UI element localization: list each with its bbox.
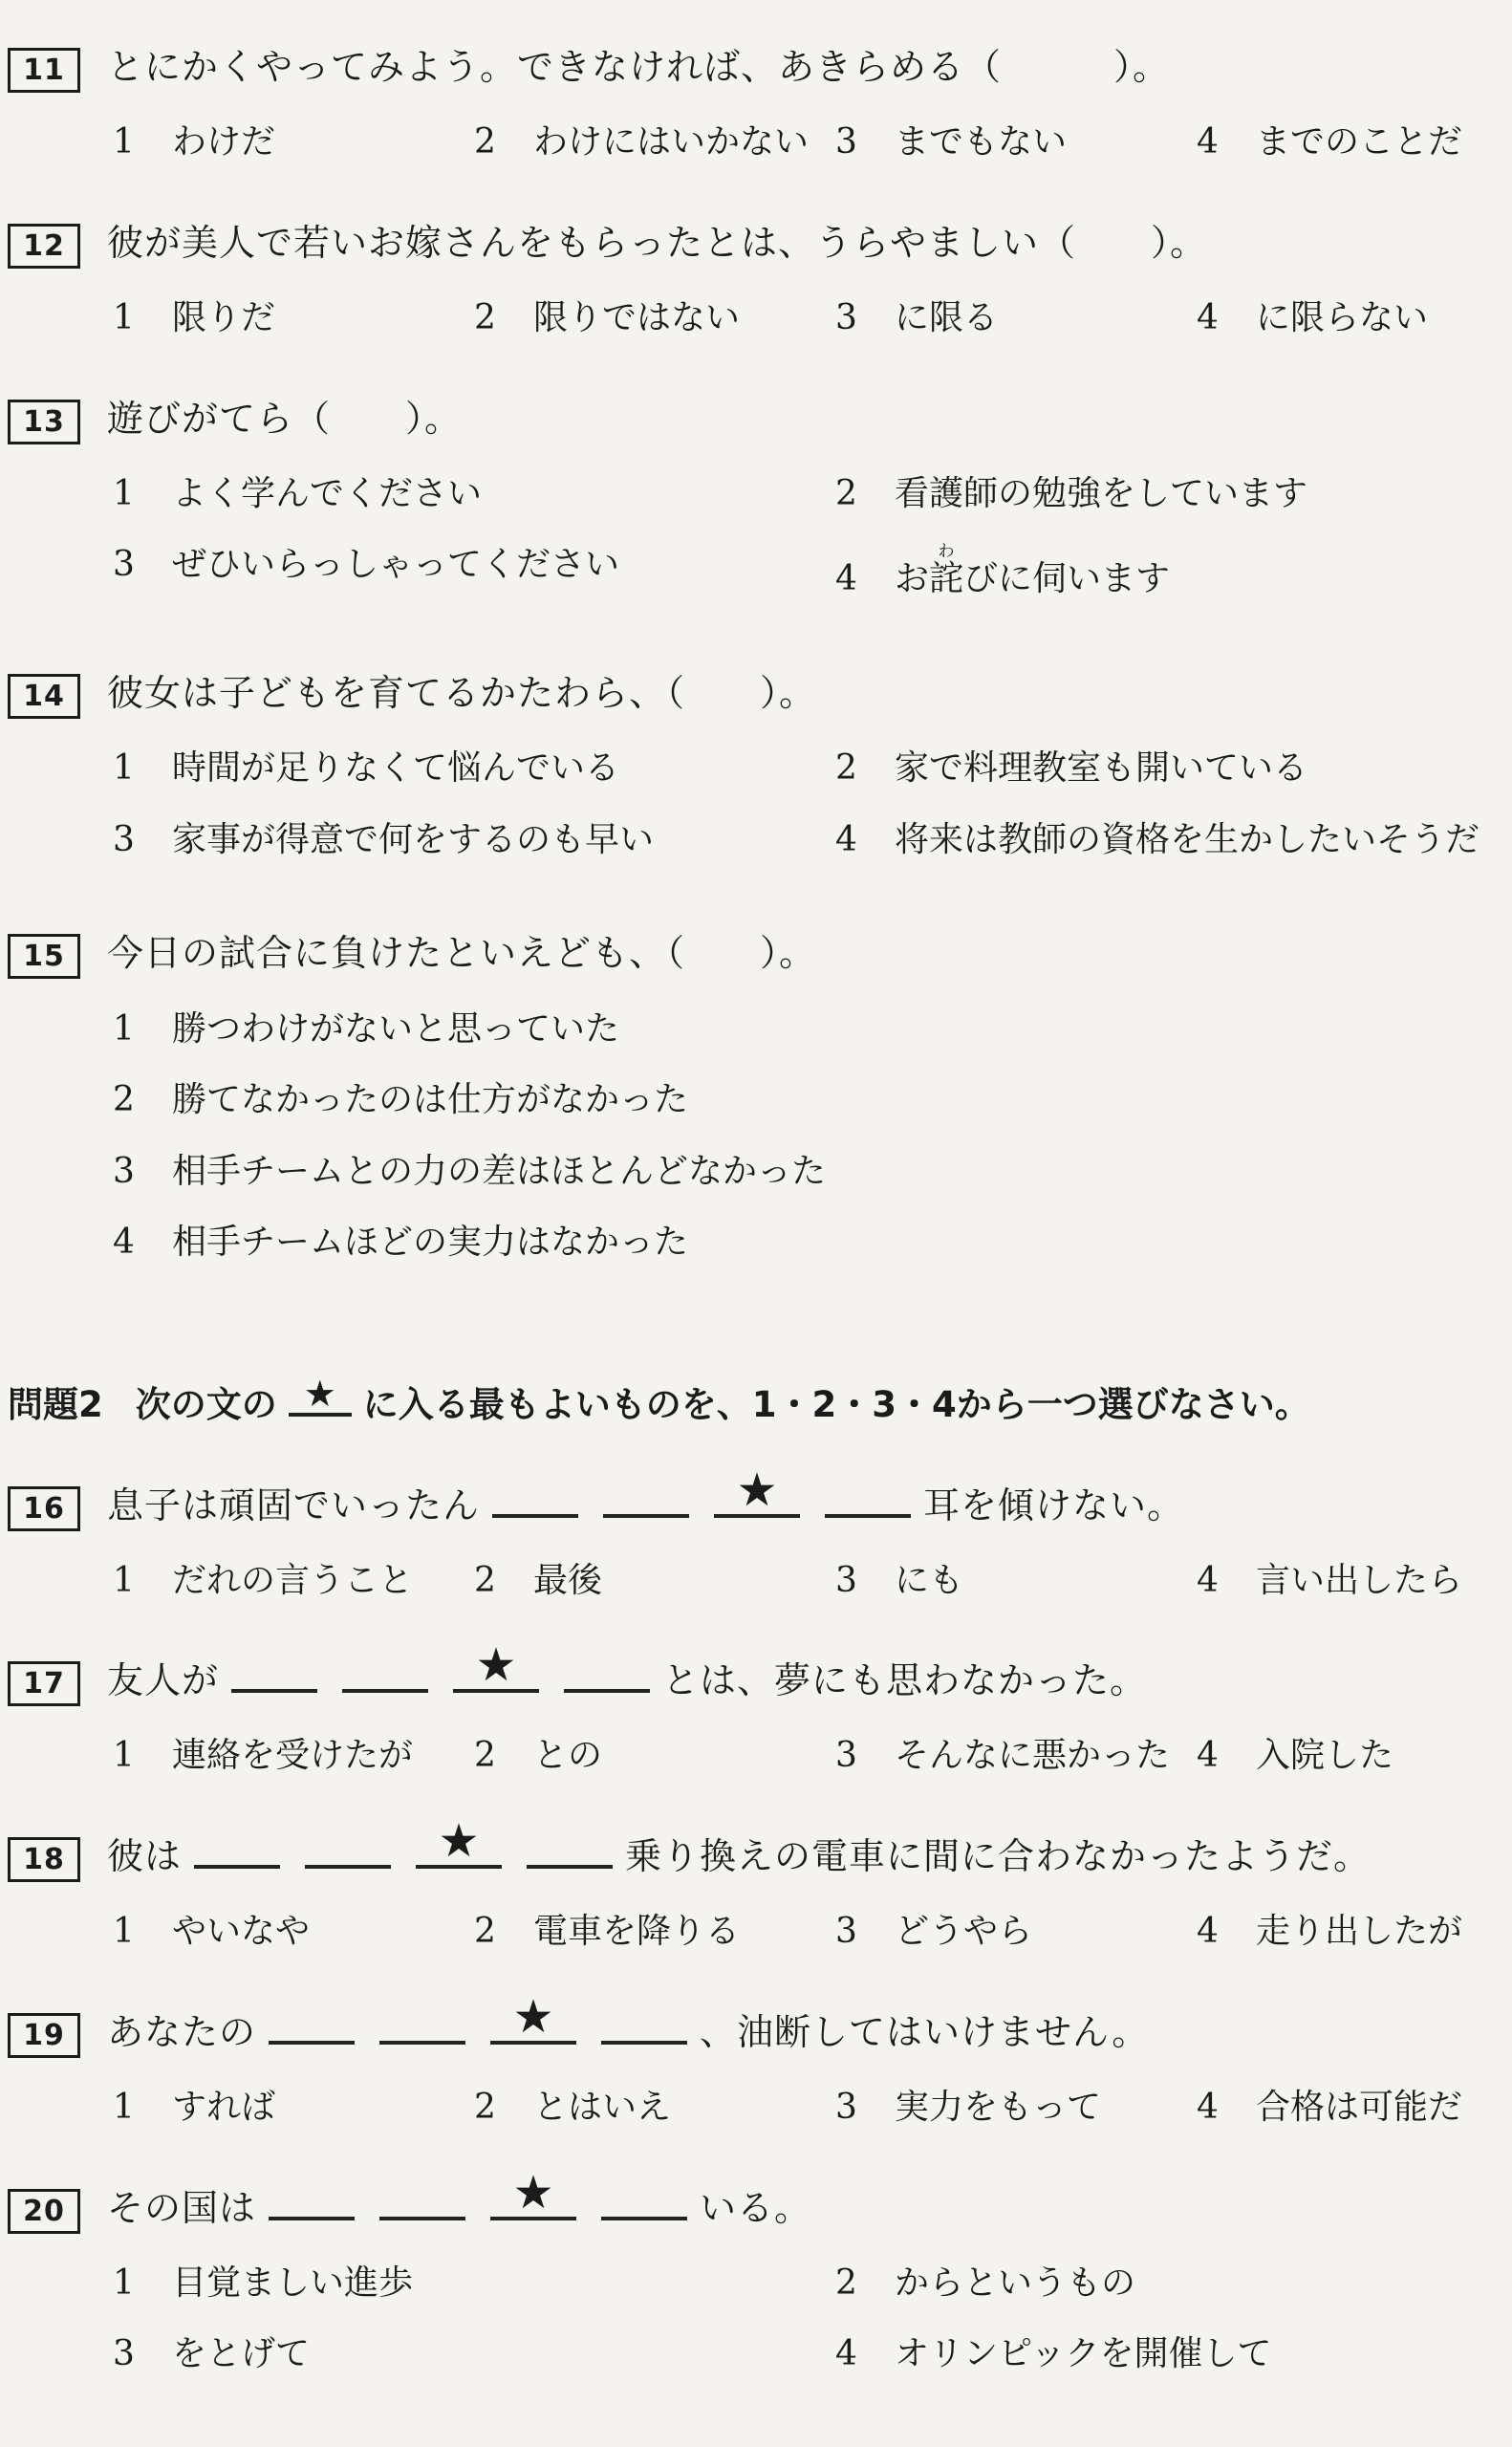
blank-line-1 — [194, 1855, 280, 1869]
option-16-4: 4言い出したら — [1197, 1558, 1495, 1605]
question-prompt-line: 17友人が★とは、夢にも思わなかった。 — [8, 1656, 1495, 1706]
option-text: をとげて — [172, 2334, 310, 2373]
option-text: に限らない — [1256, 298, 1428, 337]
question-prompt-line: 18彼は★乗り換えの電車に間に合わなかったようだ。 — [8, 1831, 1495, 1882]
option-number: 3 — [113, 542, 172, 589]
option-text: までもない — [895, 122, 1067, 162]
option-16-1: 1だれの言うこと — [113, 1558, 474, 1605]
question-number-box: 15 — [8, 934, 80, 979]
option-number: 2 — [474, 1909, 533, 1956]
option-text: にも — [895, 1561, 963, 1600]
option-number: 1 — [113, 1007, 172, 1053]
option-text: 合格は可能だ — [1256, 2088, 1462, 2127]
prompt-text: 遊びがてら（ ）。 — [107, 398, 462, 440]
option-17-3: 3そんなに悪かった — [835, 1733, 1197, 1780]
options: 1わけだ2わけにはいかない3までもない4までのことだ — [8, 119, 1495, 166]
option-15-1: 1勝つわけがないと思っていた — [113, 1007, 1495, 1053]
option-number: 1 — [113, 295, 172, 342]
option-number: 3 — [113, 2331, 172, 2378]
option-19-4: 4合格は可能だ — [1197, 2085, 1495, 2132]
blank-line-4 — [601, 2031, 687, 2045]
option-20-4: 4オリンピックを開催して — [835, 2331, 1495, 2378]
option-text: わけだ — [172, 122, 275, 162]
prompt-post: 、油断してはいけません。 — [700, 2011, 1149, 2053]
options: 1だれの言うこと2最後3にも4言い出したら — [8, 1558, 1495, 1605]
option-number: 4 — [1197, 295, 1256, 342]
question-number: 18 — [23, 1843, 65, 1876]
question-number-box: 19 — [8, 2013, 80, 2058]
blank-line-1 — [492, 1505, 578, 1518]
option-20-2: 2からというもの — [835, 2261, 1495, 2307]
option-text: 連絡を受けたが — [172, 1736, 413, 1775]
blank-line-4 — [527, 1855, 613, 1869]
option-11-3: 3までもない — [835, 119, 1197, 166]
option-12-1: 1限りだ — [113, 295, 474, 342]
blank-line-2 — [603, 1505, 689, 1518]
option-text: 言い出したら — [1256, 1561, 1462, 1600]
option-text: とはいえ — [533, 2088, 671, 2127]
option-text: そんなに悪かった — [895, 1736, 1170, 1775]
question-prompt-line: 19あなたの★、油断してはいけません。 — [8, 2007, 1495, 2058]
option-12-2: 2限りではない — [474, 295, 835, 342]
option-text: からというもの — [895, 2263, 1135, 2303]
question-number: 12 — [23, 229, 65, 263]
blank-line-4 — [825, 1505, 911, 1518]
prompt-post: とは、夢にも思わなかった。 — [662, 1659, 1147, 1701]
option-14-2: 2家で料理教室も開いている — [835, 746, 1495, 792]
prompt-text: 彼が美人で若いお嫁さんをもらったとは、うらやましい（ ）。 — [107, 222, 1207, 264]
question-prompt-line: 20その国は★いる。 — [8, 2183, 1495, 2234]
option-13-4: 4お詫わびに伺います — [835, 542, 1495, 603]
option-text: 看護師の勉強をしています — [895, 474, 1307, 513]
option-17-1: 1連絡を受けたが — [113, 1733, 474, 1780]
part2-header: 問題2次の文の★に入る最もよいものを、1・2・3・4から一つ選びなさい。 — [8, 1379, 1495, 1431]
options: 1限りだ2限りではない3に限る4に限らない — [8, 295, 1495, 342]
star-icon: ★ — [737, 1467, 778, 1513]
blank-line-1 — [269, 2031, 355, 2045]
question-number: 14 — [23, 680, 65, 713]
blank-line-4 — [564, 1679, 650, 1693]
option-text: ぜひいらっしゃってください — [172, 545, 619, 584]
option-19-3: 3実力をもって — [835, 2085, 1197, 2132]
question-20: 20その国は★いる。1目覚ましい進歩2からというもの3をとげて4オリンピックを開… — [8, 2183, 1495, 2378]
blank-line-2 — [379, 2031, 465, 2045]
question-18: 18彼は★乗り換えの電車に間に合わなかったようだ。1やいなや2電車を降りる3どう… — [8, 1831, 1495, 1956]
prompt-pre: その国は — [107, 2187, 256, 2229]
option-text: よく学んでください — [172, 474, 482, 513]
option-number: 2 — [835, 746, 895, 792]
option-11-2: 2わけにはいかない — [474, 119, 835, 166]
option-text: に限る — [895, 298, 998, 337]
option-15-4: 4相手チームほどの実力はなかった — [113, 1220, 1495, 1267]
question-16: 16息子は頑固でいったん★耳を傾けない。1だれの言うこと2最後3にも4言い出した… — [8, 1481, 1495, 1605]
blank-line-3: ★ — [453, 1679, 539, 1693]
star-blank: ★ — [289, 1403, 352, 1417]
prompt-text: とにかくやってみよう。できなければ、あきらめる（ ）。 — [107, 46, 1170, 88]
option-number: 2 — [474, 295, 533, 342]
option-18-3: 3どうやら — [835, 1909, 1197, 1956]
blank-line-3: ★ — [490, 2031, 576, 2045]
option-14-4: 4将来は教師の資格を生かしたいそうだ — [835, 817, 1495, 864]
option-number: 1 — [113, 1909, 172, 1956]
option-15-3: 3相手チームとの力の差はほとんどなかった — [113, 1149, 1495, 1196]
option-text: との — [533, 1736, 602, 1775]
option-number: 1 — [113, 2085, 172, 2132]
question-list: 11とにかくやってみよう。できなければ、あきらめる（ ）。1わけだ2わけにはいか… — [8, 42, 1495, 2378]
question-prompt-line: 14彼女は子どもを育てるかたわら、（ ）。 — [8, 668, 1495, 719]
option-18-2: 2電車を降りる — [474, 1909, 835, 1956]
option-14-3: 3家事が得意で何をするのも早い — [113, 817, 835, 864]
option-number: 1 — [113, 1558, 172, 1605]
option-text: 走り出したが — [1256, 1912, 1462, 1951]
options: 1すれば2とはいえ3実力をもって4合格は可能だ — [8, 2085, 1495, 2132]
option-number: 4 — [835, 556, 895, 603]
option-text: お詫わびに伺います — [895, 559, 1170, 598]
option-number: 4 — [835, 817, 895, 864]
option-18-4: 4走り出したが — [1197, 1909, 1495, 1956]
question-14: 14彼女は子どもを育てるかたわら、（ ）。1時間が足りなくて悩んでいる2家で料理… — [8, 668, 1495, 863]
option-text: すれば — [172, 2088, 275, 2127]
option-20-1: 1目覚ましい進歩 — [113, 2261, 835, 2307]
option-16-2: 2最後 — [474, 1558, 835, 1605]
option-number: 4 — [1197, 2085, 1256, 2132]
question-prompt-line: 12彼が美人で若いお嫁さんをもらったとは、うらやましい（ ）。 — [8, 218, 1495, 269]
question-15: 15今日の試合に負けたといえども、（ ）。1勝つわけがないと思っていた2勝てなか… — [8, 928, 1495, 1267]
star-icon: ★ — [513, 1994, 554, 2040]
question-number: 19 — [23, 2019, 65, 2052]
option-text: 限りではない — [533, 298, 740, 337]
option-number: 3 — [835, 1733, 895, 1780]
option-number: 4 — [1197, 1909, 1256, 1956]
star-icon: ★ — [476, 1642, 517, 1688]
option-number: 3 — [835, 1558, 895, 1605]
option-text: どうやら — [895, 1912, 1032, 1951]
question-17: 17友人が★とは、夢にも思わなかった。1連絡を受けたが2との3そんなに悪かった4… — [8, 1656, 1495, 1780]
options: 1時間が足りなくて悩んでいる2家で料理教室も開いている3家事が得意で何をするのも… — [8, 746, 1495, 863]
part2-instruction-post: に入る最もよいものを、1・2・3・4から一つ選びなさい。 — [363, 1384, 1310, 1425]
options: 1よく学んでください2看護師の勉強をしています3ぜひいらっしゃってください4お詫… — [8, 471, 1495, 603]
option-20-3: 3をとげて — [113, 2331, 835, 2378]
question-19: 19あなたの★、油断してはいけません。1すれば2とはいえ3実力をもって4合格は可… — [8, 2007, 1495, 2132]
question-13: 13遊びがてら（ ）。1よく学んでください2看護師の勉強をしています3ぜひいらっ… — [8, 394, 1495, 603]
option-text: わけにはいかない — [533, 122, 809, 162]
question-number: 17 — [23, 1667, 65, 1700]
options: 1勝つわけがないと思っていた2勝てなかったのは仕方がなかった3相手チームとの力の… — [8, 1007, 1495, 1267]
option-number: 4 — [1197, 1558, 1256, 1605]
option-text: 相手チームとの力の差はほとんどなかった — [172, 1152, 826, 1191]
blank-line-2 — [342, 1679, 428, 1693]
question-number-box: 11 — [8, 48, 80, 93]
prompt-text: 今日の試合に負けたといえども、（ ）。 — [107, 932, 816, 974]
question-number-box: 13 — [8, 400, 80, 444]
question-number-box: 16 — [8, 1486, 80, 1531]
star-icon: ★ — [304, 1375, 336, 1412]
option-13-2: 2看護師の勉強をしています — [835, 471, 1495, 518]
option-text: までのことだ — [1256, 122, 1462, 162]
option-number: 3 — [113, 817, 172, 864]
option-text: 家事が得意で何をするのも早い — [172, 820, 654, 859]
option-text: 相手チームほどの実力はなかった — [172, 1223, 688, 1262]
question-11: 11とにかくやってみよう。できなければ、あきらめる（ ）。1わけだ2わけにはいか… — [8, 42, 1495, 166]
prompt-pre: あなたの — [107, 2011, 256, 2053]
option-18-1: 1やいなや — [113, 1909, 474, 1956]
option-text: やいなや — [172, 1912, 310, 1951]
option-17-4: 4入院した — [1197, 1733, 1495, 1780]
option-number: 2 — [113, 1077, 172, 1124]
blank-line-4 — [601, 2207, 687, 2220]
prompt-text: 彼女は子どもを育てるかたわら、（ ）。 — [107, 672, 816, 714]
question-prompt-line: 16息子は頑固でいったん★耳を傾けない。 — [8, 1481, 1495, 1531]
prompt-post: 耳を傾けない。 — [923, 1484, 1184, 1527]
option-text: 最後 — [533, 1561, 602, 1600]
jlpt-grammar-test-page: 11とにかくやってみよう。できなければ、あきらめる（ ）。1わけだ2わけにはいか… — [0, 0, 1512, 2378]
option-text: 勝てなかったのは仕方がなかった — [172, 1080, 688, 1119]
option-text: だれの言うこと — [172, 1561, 413, 1600]
option-17-2: 2との — [474, 1733, 835, 1780]
question-number: 20 — [23, 2195, 65, 2228]
blank-line-2 — [379, 2207, 465, 2220]
part2-instruction-pre: 次の文の — [136, 1384, 277, 1425]
question-prompt-line: 11とにかくやってみよう。できなければ、あきらめる（ ）。 — [8, 42, 1495, 93]
option-number: 2 — [474, 119, 533, 166]
option-12-3: 3に限る — [835, 295, 1197, 342]
option-number: 1 — [113, 119, 172, 166]
question-number: 11 — [23, 54, 65, 87]
option-number: 2 — [835, 2261, 895, 2307]
option-text: 目覚ましい進歩 — [172, 2263, 413, 2303]
option-number: 3 — [835, 2085, 895, 2132]
option-number: 1 — [113, 471, 172, 518]
star-icon: ★ — [513, 2170, 554, 2216]
option-text: 実力をもって — [895, 2088, 1101, 2127]
option-text: 時間が足りなくて悩んでいる — [172, 748, 619, 788]
options: 1目覚ましい進歩2からというもの3をとげて4オリンピックを開催して — [8, 2261, 1495, 2378]
option-text: オリンピックを開催して — [895, 2334, 1272, 2373]
blank-line-1 — [231, 1679, 317, 1693]
question-number-box: 18 — [8, 1837, 80, 1882]
option-text: 勝つわけがないと思っていた — [172, 1009, 619, 1049]
star-icon: ★ — [439, 1818, 480, 1864]
question-number: 13 — [23, 405, 65, 439]
prompt-pre: 息子は頑固でいったん — [107, 1484, 480, 1527]
option-number: 2 — [835, 471, 895, 518]
prompt-post: 乗り換えの電車に間に合わなかったようだ。 — [625, 1835, 1371, 1877]
blank-line-3: ★ — [490, 2207, 576, 2220]
option-number: 3 — [835, 1909, 895, 1956]
blank-line-2 — [305, 1855, 391, 1869]
option-number: 3 — [113, 1149, 172, 1196]
prompt-pre: 彼は — [107, 1835, 182, 1877]
option-number: 2 — [474, 2085, 533, 2132]
question-number-box: 12 — [8, 224, 80, 269]
option-13-3: 3ぜひいらっしゃってください — [113, 542, 835, 603]
question-number-box: 14 — [8, 674, 80, 719]
option-number: 3 — [835, 295, 895, 342]
option-text: 将来は教師の資格を生かしたいそうだ — [895, 820, 1480, 859]
option-11-1: 1わけだ — [113, 119, 474, 166]
option-text: 入院した — [1256, 1736, 1393, 1775]
prompt-post: いる。 — [700, 2187, 811, 2229]
option-12-4: 4に限らない — [1197, 295, 1495, 342]
option-text: 電車を降りる — [533, 1912, 740, 1951]
question-number-box: 17 — [8, 1661, 80, 1706]
question-12: 12彼が美人で若いお嫁さんをもらったとは、うらやましい（ ）。1限りだ2限りでは… — [8, 218, 1495, 342]
option-number: 4 — [835, 2331, 895, 2378]
option-number: 4 — [1197, 1733, 1256, 1780]
option-14-1: 1時間が足りなくて悩んでいる — [113, 746, 835, 792]
blank-line-3: ★ — [416, 1855, 502, 1869]
blank-line-1 — [269, 2207, 355, 2220]
option-number: 1 — [113, 2261, 172, 2307]
option-15-2: 2勝てなかったのは仕方がなかった — [113, 1077, 1495, 1124]
option-number: 2 — [474, 1558, 533, 1605]
option-number: 3 — [835, 119, 895, 166]
option-19-1: 1すれば — [113, 2085, 474, 2132]
question-prompt-line: 15今日の試合に負けたといえども、（ ）。 — [8, 928, 1495, 979]
option-text: 限りだ — [172, 298, 275, 337]
option-13-1: 1よく学んでください — [113, 471, 835, 518]
question-number: 16 — [23, 1492, 65, 1526]
blank-line-3: ★ — [714, 1505, 800, 1518]
option-number: 4 — [1197, 119, 1256, 166]
question-prompt-line: 13遊びがてら（ ）。 — [8, 394, 1495, 444]
options: 1連絡を受けたが2との3そんなに悪かった4入院した — [8, 1733, 1495, 1780]
question-number: 15 — [23, 940, 65, 973]
option-number: 1 — [113, 746, 172, 792]
options: 1やいなや2電車を降りる3どうやら4走り出したが — [8, 1909, 1495, 1956]
option-19-2: 2とはいえ — [474, 2085, 835, 2132]
option-number: 2 — [474, 1733, 533, 1780]
option-16-3: 3にも — [835, 1558, 1197, 1605]
option-11-4: 4までのことだ — [1197, 119, 1495, 166]
option-number: 1 — [113, 1733, 172, 1780]
part2-label: 問題2 — [8, 1384, 103, 1425]
option-number: 4 — [113, 1220, 172, 1267]
prompt-pre: 友人が — [107, 1659, 219, 1701]
question-number-box: 20 — [8, 2189, 80, 2234]
option-text: 家で料理教室も開いている — [895, 748, 1307, 788]
